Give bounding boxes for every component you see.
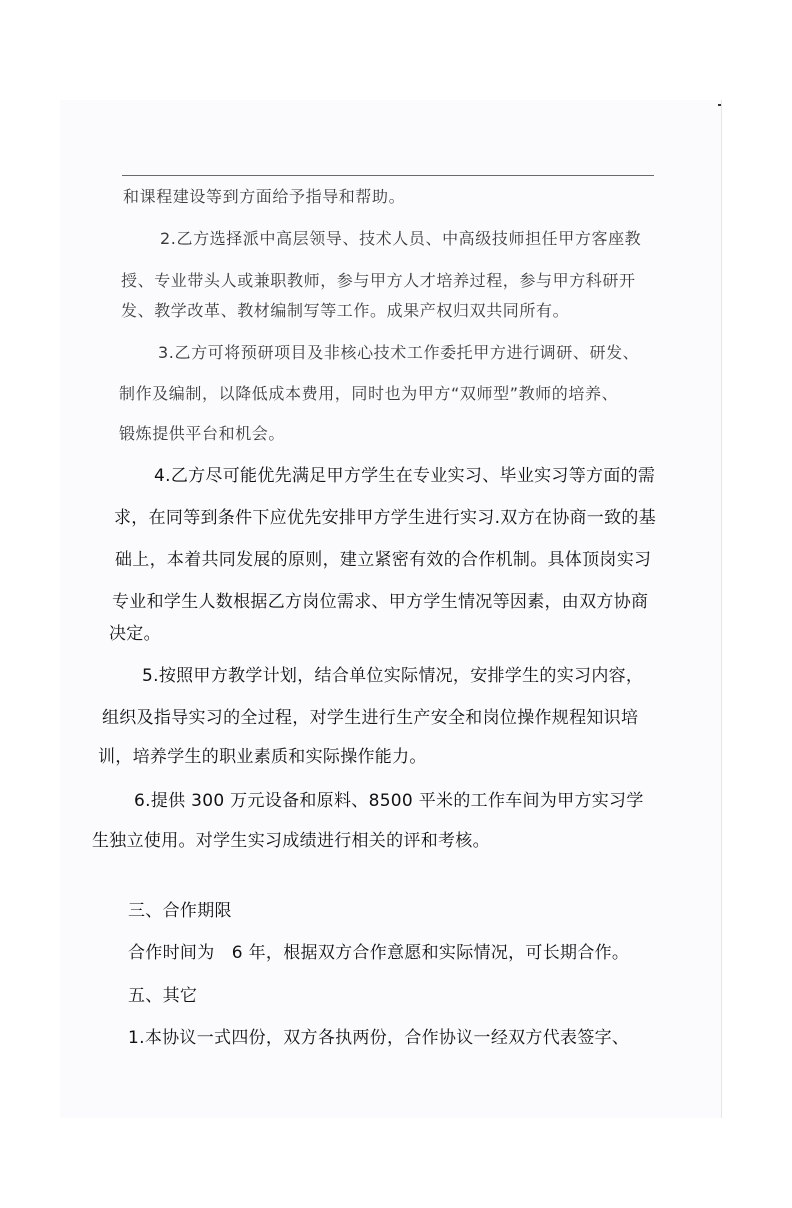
section-five-item-1: 1.本协议一式四份，双方各执两份，合作协议一经双方代表签字、 (128, 1027, 629, 1049)
item-3-line-2: 制作及编制，以降低成本费用，同时也为甲方“双师型”教师的培养、 (119, 383, 618, 405)
item-5-line-1: 5.按照甲方教学计划，结合单位实际情况，安排学生的实习内容， (142, 665, 643, 687)
item-6-line-2: 生独立使用。对学生实习成绩进行相关的评和考核。 (92, 830, 490, 852)
item-4-line-4: 专业和学生人数根据乙方岗位需求、甲方学生情况等因素，由双方协商 (112, 591, 648, 613)
item-2-line-3: 发、教学改革、教材编制写等工作。成果产权归双共同所有。 (121, 300, 569, 322)
item-3-line-3: 锻炼提供平台和机会。 (119, 423, 285, 445)
item-6-line-1: 6.提供 300 万元设备和原料、8500 平米的工作车间为甲方实习学 (134, 790, 644, 812)
item-5-line-3: 训，培养学生的职业素质和实际操作能力。 (98, 746, 427, 768)
scan-edge-mark (718, 104, 721, 106)
section-three-heading: 三、合作期限 (128, 900, 232, 922)
item-4-line-1: 4.乙方尽可能优先满足甲方学生在专业实习、毕业实习等方面的需 (154, 465, 655, 487)
continued-paragraph-line: 和课程建设等到方面给予指导和帮助。 (123, 186, 405, 208)
header-divider (122, 175, 654, 176)
section-five-heading: 五、其它 (128, 985, 197, 1007)
section-three-body: 合作时间为 6 年，根据双方合作意愿和实际情况，可长期合作。 (128, 942, 629, 964)
item-3-line-1: 3.乙方可将预研项目及非核心技术工作委托甲方进行调研、研发、 (158, 342, 639, 364)
item-2-line-2: 授、专业带头人或兼职教师，参与甲方人才培养过程，参与甲方科研开 (121, 270, 636, 292)
item-5-line-2: 组织及指导实习的全过程，对学生进行生产安全和岗位操作规程知识培 (102, 707, 638, 729)
item-2-line-1: 2.乙方选择派中高层领导、技术人员、中高级技师担任甲方客座教 (160, 228, 641, 250)
item-4-line-5: 决定。 (109, 623, 161, 645)
item-4-line-3: 础上，本着共同发展的原则，建立紧密有效的合作机制。具体顶岗实习 (115, 549, 651, 571)
item-4-line-2: 求，在同等到条件下应优先安排甲方学生进行实习.双方在协商一致的基 (114, 507, 656, 529)
